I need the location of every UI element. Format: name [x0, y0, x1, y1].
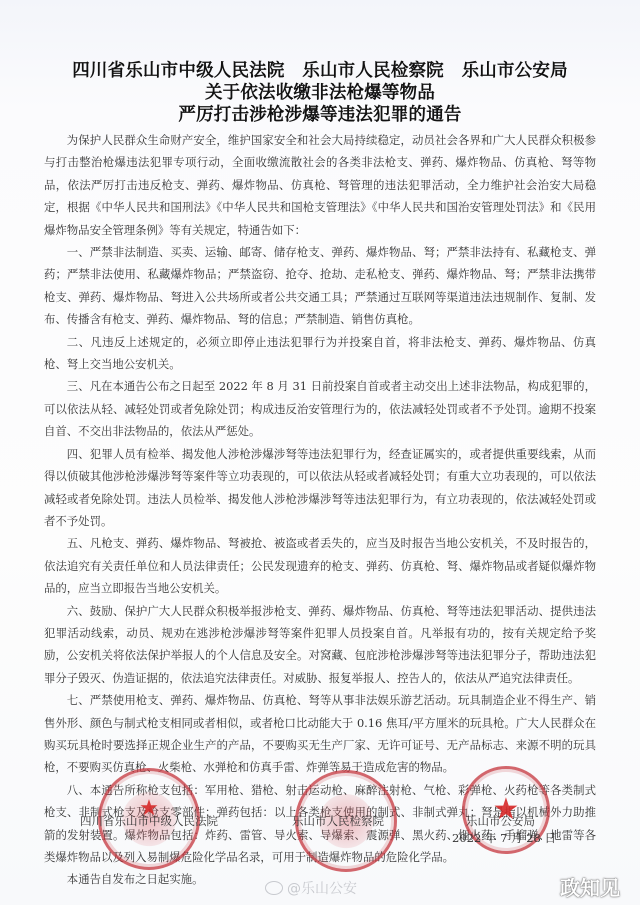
title-line-subject-2: 严厉打击涉枪涉爆等违法犯罪的通告	[0, 104, 640, 126]
title-line-subject: 关于依法收缴非法枪爆等物品	[0, 82, 640, 104]
document-page: 四川省乐山市中级人民法院 乐山市人民检察院 乐山市公安局 关于依法收缴非法枪爆等…	[0, 0, 640, 905]
title-line-issuers: 四川省乐山市中级人民法院 乐山市人民检察院 乐山市公安局	[0, 60, 640, 82]
paragraph-article-2: 二、凡违反上述规定的，必须立即停止违法犯罪行为并投案自首，将非法枪支、弹药、爆炸…	[44, 331, 596, 376]
paragraph-article-1: 一、严禁非法制造、买卖、运输、邮寄、储存枪支、弹药、爆炸物品、弩；严禁非法持有、…	[44, 241, 596, 331]
weibo-handle: @乐山公安	[287, 878, 357, 898]
paragraph-article-5: 五、凡枪支、弹药、爆炸物品、弩被抢、被盗或者丢失的，应当及时报告当地公安机关，不…	[44, 532, 596, 599]
signatory-procuratorate: 乐山市人民检察院	[292, 813, 384, 829]
paragraph-article-3: 三、凡在本通告公布之日起至 2022 年 8 月 31 日前投案自首或者主动交出…	[44, 375, 596, 442]
signatory-court: 四川省乐山市中级人民法院	[80, 813, 218, 829]
paragraph-article-4: 四、犯罪人员有检举、揭发他人涉枪涉爆涉弩等违法犯罪行为，经查证属实的，或者提供重…	[44, 443, 596, 533]
paragraph-article-7: 七、严禁使用枪支、弹药、爆炸物品、仿真枪、弩等从事非法娱乐游艺活动。玩具制造企业…	[44, 689, 596, 779]
weibo-logo-icon	[265, 881, 283, 895]
weibo-watermark: @乐山公安	[265, 878, 357, 898]
brand-watermark: 政知见	[560, 872, 620, 901]
paragraph-preamble: 为保护人民群众生命财产安全，维护国家安全和社会大局持续稳定，动员社会各界和广大人…	[44, 129, 596, 241]
issue-date: 2022 年 7 月 28 日	[452, 830, 556, 846]
signatory-police: 乐山市公安局	[466, 813, 535, 829]
notice-title: 四川省乐山市中级人民法院 乐山市人民检察院 乐山市公安局 关于依法收缴非法枪爆等…	[0, 60, 640, 126]
paragraph-article-6: 六、鼓励、保护广大人民群众积极举报涉枪支、弹药、爆炸物品、仿真枪、弩等违法犯罪活…	[44, 600, 596, 690]
